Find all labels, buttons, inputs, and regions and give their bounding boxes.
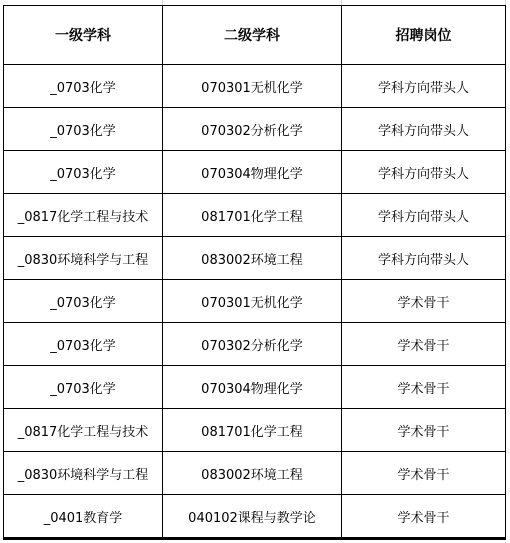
cell-position[interactable]: 学术骨干 <box>342 495 506 539</box>
table-row: _0401教育学 040102课程与教学论 学术骨干 <box>4 495 506 539</box>
cell-primary[interactable]: _0703化学 <box>4 108 163 151</box>
table-row: _0830环境科学与工程 083002环境工程 学科方向带头人 <box>4 237 506 280</box>
cell-secondary[interactable]: 070302分析化学 <box>163 323 342 366</box>
cell-primary[interactable]: _0401教育学 <box>4 495 163 539</box>
table-row: _0703化学 070301无机化学 学术骨干 <box>4 280 506 323</box>
cell-secondary[interactable]: 083002环境工程 <box>163 237 342 280</box>
cell-primary[interactable]: _0817化学工程与技术 <box>4 194 163 237</box>
cell-position[interactable]: 学科方向带头人 <box>342 151 506 194</box>
recruitment-table: 一级学科 二级学科 招聘岗位 _0703化学 070301无机化学 学科方向带头… <box>3 5 506 540</box>
cell-primary[interactable]: _0830环境科学与工程 <box>4 452 163 495</box>
table-row: _0817化学工程与技术 081701化学工程 学科方向带头人 <box>4 194 506 237</box>
cell-primary[interactable]: _0830环境科学与工程 <box>4 237 163 280</box>
cell-secondary[interactable]: 070301无机化学 <box>163 65 342 108</box>
table-row: _0817化学工程与技术 081701化学工程 学术骨干 <box>4 409 506 452</box>
header-position: 招聘岗位 <box>342 6 506 65</box>
cell-primary[interactable]: _0703化学 <box>4 280 163 323</box>
cell-secondary[interactable]: 081701化学工程 <box>163 194 342 237</box>
table-row: _0703化学 070302分析化学 学科方向带头人 <box>4 108 506 151</box>
cell-position[interactable]: 学科方向带头人 <box>342 194 506 237</box>
table-row: _0703化学 070304物理化学 学术骨干 <box>4 366 506 409</box>
table-row: _0703化学 070304物理化学 学科方向带头人 <box>4 151 506 194</box>
cell-secondary[interactable]: 070304物理化学 <box>163 366 342 409</box>
cell-primary[interactable]: _0703化学 <box>4 65 163 108</box>
cell-primary[interactable]: _0817化学工程与技术 <box>4 409 163 452</box>
table-row: _0830环境科学与工程 083002环境工程 学术骨干 <box>4 452 506 495</box>
header-row: 一级学科 二级学科 招聘岗位 <box>4 6 506 65</box>
cell-position[interactable]: 学术骨干 <box>342 409 506 452</box>
cell-secondary[interactable]: 070301无机化学 <box>163 280 342 323</box>
cell-primary[interactable]: _0703化学 <box>4 151 163 194</box>
cell-position[interactable]: 学术骨干 <box>342 452 506 495</box>
cell-secondary[interactable]: 081701化学工程 <box>163 409 342 452</box>
cell-position[interactable]: 学科方向带头人 <box>342 237 506 280</box>
header-primary-discipline: 一级学科 <box>4 6 163 65</box>
cell-position[interactable]: 学科方向带头人 <box>342 65 506 108</box>
cell-secondary[interactable]: 040102课程与教学论 <box>163 495 342 539</box>
cell-secondary[interactable]: 070302分析化学 <box>163 108 342 151</box>
cell-primary[interactable]: _0703化学 <box>4 366 163 409</box>
cell-secondary[interactable]: 070304物理化学 <box>163 151 342 194</box>
cell-position[interactable]: 学术骨干 <box>342 280 506 323</box>
cell-position[interactable]: 学术骨干 <box>342 366 506 409</box>
cell-position[interactable]: 学科方向带头人 <box>342 108 506 151</box>
table-row: _0703化学 070302分析化学 学术骨干 <box>4 323 506 366</box>
cell-primary[interactable]: _0703化学 <box>4 323 163 366</box>
header-secondary-discipline: 二级学科 <box>163 6 342 65</box>
cell-secondary[interactable]: 083002环境工程 <box>163 452 342 495</box>
cell-position[interactable]: 学术骨干 <box>342 323 506 366</box>
table-row: _0703化学 070301无机化学 学科方向带头人 <box>4 65 506 108</box>
